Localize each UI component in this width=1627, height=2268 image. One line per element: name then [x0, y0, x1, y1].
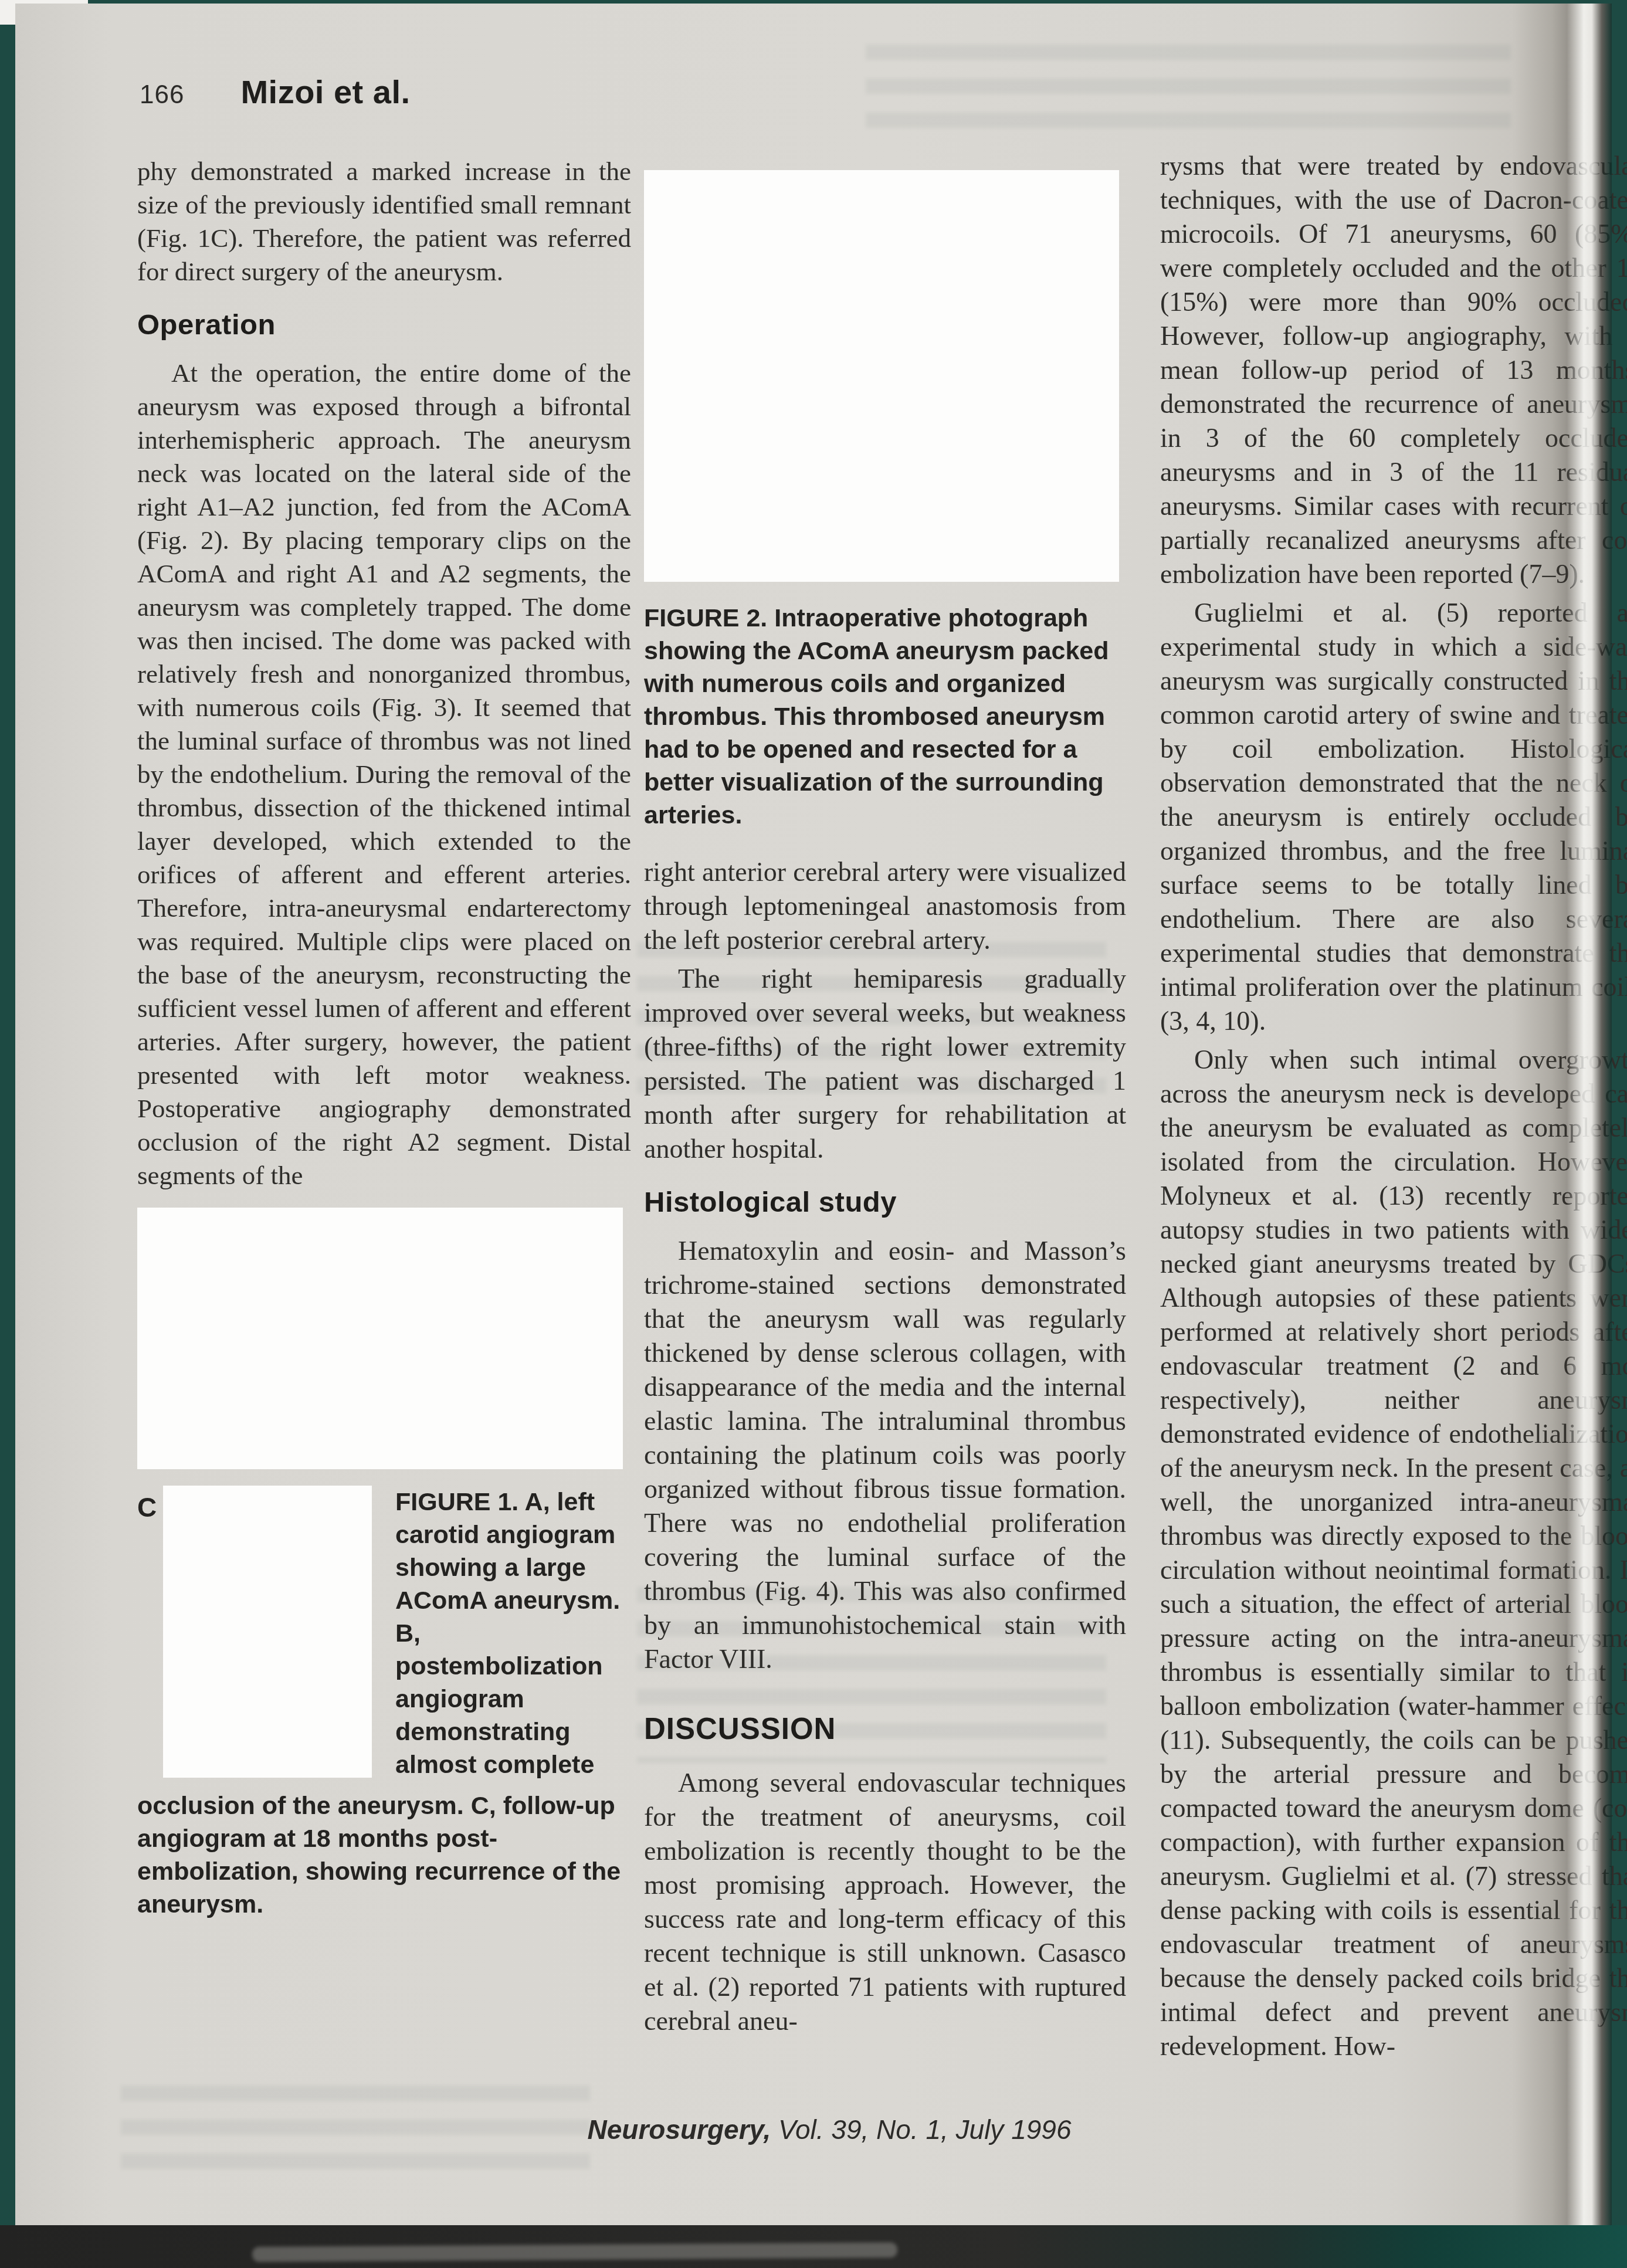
journal-name: Neurosurgery, — [587, 2114, 771, 2145]
paragraph: At the operation, the entire dome of the… — [137, 357, 631, 1192]
page-number: 166 — [140, 80, 184, 110]
journal-issue-info: Vol. 39, No. 1, July 1996 — [771, 2114, 1071, 2145]
journal-footer: Neurosurgery, Vol. 39, No. 1, July 1996 — [137, 2114, 1521, 2145]
column-middle: FIGURE 2. Intraoperative photograph show… — [644, 157, 1126, 2043]
scan-bottom-sliver — [252, 2242, 897, 2262]
paragraph: Only when such intimal overgrowth across… — [1160, 1043, 1627, 2063]
figure1-image-panel-c — [163, 1486, 372, 1778]
paragraph: The right hemiparesis gradually improved… — [644, 962, 1126, 1166]
section-heading-operation: Operation — [137, 308, 631, 341]
paragraph: Among several endovascular techniques fo… — [644, 1766, 1126, 2038]
paragraph: Guglielmi et al. (5) reported an experim… — [1160, 596, 1627, 1038]
figure1-caption: FIGURE 1. A, left carotid angiogram show… — [395, 1486, 628, 1781]
running-head-author: Mizoi et al. — [240, 73, 410, 111]
figure1-caption-continued: occlusion of the aneurysm. C, follow-up … — [137, 1789, 628, 1921]
figure1-panel-c-row: C FIGURE 1. A, left carotid angiogram sh… — [137, 1486, 631, 1781]
page-header: 166 Mizoi et al. — [140, 73, 411, 111]
bleedthrough-smudge — [866, 45, 1511, 133]
column-left: phy demonstrated a marked increase in th… — [137, 155, 631, 1921]
section-heading-histological-study: Histological study — [644, 1186, 1126, 1219]
paragraph: right anterior cerebral artery were visu… — [644, 855, 1126, 957]
figure1-image-panels-ab — [137, 1208, 623, 1469]
section-heading-discussion: DISCUSSION — [644, 1711, 1126, 1746]
paragraph: Hematoxylin and eosin- and Masson’s tric… — [644, 1234, 1126, 1676]
column-right: rysms that were treated by endovascular … — [1160, 149, 1627, 2068]
scan-bottom-band — [0, 2225, 1627, 2268]
figure1-panel-c-label: C — [137, 1486, 163, 1781]
paragraph: rysms that were treated by endovascular … — [1160, 149, 1627, 591]
figure2-image — [644, 170, 1119, 582]
journal-page: 166 Mizoi et al. phy demonstrated a mark… — [15, 4, 1612, 2225]
figure2-caption: FIGURE 2. Intraoperative photograph show… — [644, 602, 1126, 832]
paragraph: phy demonstrated a marked increase in th… — [137, 155, 631, 289]
